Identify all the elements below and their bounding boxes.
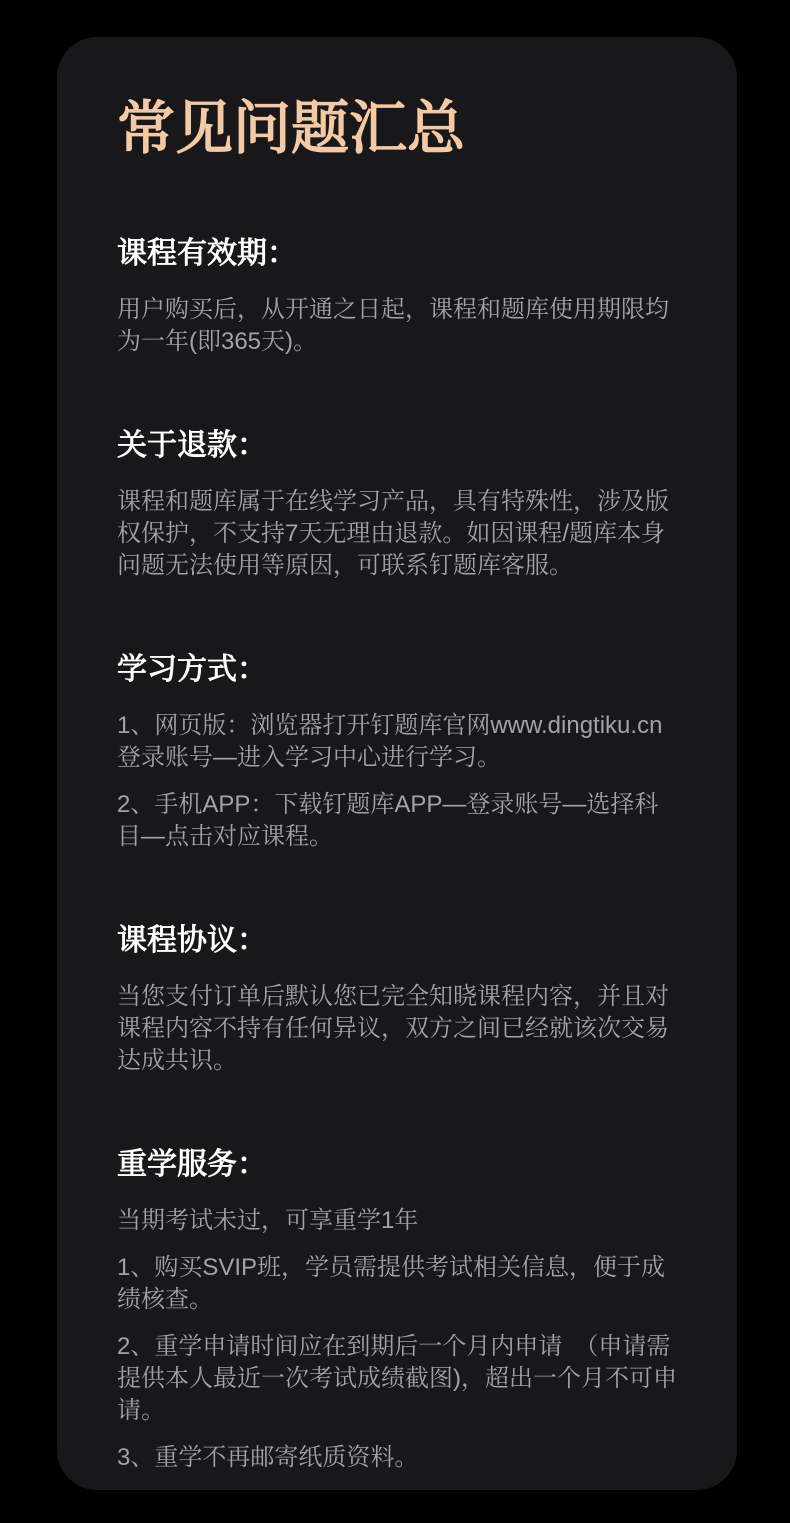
section-heading-course-agreement: 课程协议： [117,921,677,961]
page-background: { "colors": { "page_background": "#00000… [0,0,790,1523]
page-stage: 常见问题汇总 课程有效期： 用户购买后，从开通之日起，课程和题库使用期限均为一年… [0,0,790,1523]
section-paragraph: 1、购买SVIP班，学员需提供考试相关信息，便于成绩核查。 [117,1252,677,1316]
section-course-agreement: 课程协议： 当您支付订单后默认您已完全知晓课程内容，并且对课程内容不持有任何异议… [117,921,677,1077]
section-paragraph: 3、重学不再邮寄纸质资料。 [117,1442,677,1474]
section-refund-policy: 关于退款： 课程和题库属于在线学习产品，具有特殊性，涉及版权保护，不支持7天无理… [117,426,677,582]
section-paragraph: 2、手机APP：下载钉题库APP—登录账号—选择科目—点击对应课程。 [117,789,677,853]
section-paragraph: 2、重学申请时间应在到期后一个月内申请 （申请需提供本人最近一次考试成绩截图)，… [117,1331,677,1427]
section-heading-refund-policy: 关于退款： [117,426,677,466]
section-paragraph: 当您支付订单后默认您已完全知晓课程内容，并且对课程内容不持有任何异议，双方之间已… [117,981,677,1077]
section-heading-course-validity: 课程有效期： [117,234,677,274]
section-paragraph: 当期考试未过，可享重学1年 [117,1205,677,1237]
section-course-validity: 课程有效期： 用户购买后，从开通之日起，课程和题库使用期限均为一年(即365天)… [117,234,677,358]
faq-card: 常见问题汇总 课程有效期： 用户购买后，从开通之日起，课程和题库使用期限均为一年… [57,37,737,1490]
page-title: 常见问题汇总 [117,93,677,166]
section-heading-relearn-service: 重学服务： [117,1145,677,1185]
section-paragraph: 课程和题库属于在线学习产品，具有特殊性，涉及版权保护，不支持7天无理由退款。如因… [117,486,677,582]
section-learning-methods: 学习方式： 1、网页版：浏览器打开钉题库官网www.dingtiku.cn登录账… [117,650,677,853]
section-heading-learning-methods: 学习方式： [117,650,677,690]
section-relearn-service: 重学服务： 当期考试未过，可享重学1年 1、购买SVIP班，学员需提供考试相关信… [117,1145,677,1491]
section-paragraph: 4、缺考和成绩为0者不可申请重学。 [117,1489,677,1491]
section-paragraph: 1、网页版：浏览器打开钉题库官网www.dingtiku.cn登录账号—进入学习… [117,710,677,774]
section-paragraph: 用户购买后，从开通之日起，课程和题库使用期限均为一年(即365天)。 [117,294,677,358]
